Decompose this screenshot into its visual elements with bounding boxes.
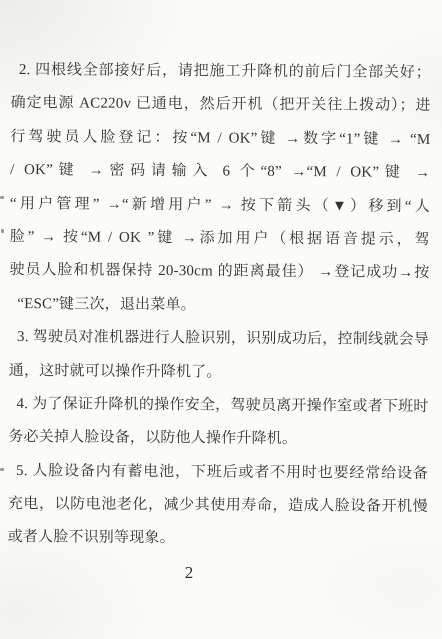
text-line: 5. 人脸设备内有蓄电池，下班后或者不用时也要经常给设备 [8,455,428,491]
text-line: 充电，以防电池老化，减少其使用寿命，造成人脸设备开机慢 [8,488,428,524]
text-line: 或者人脸不识别等现象。 [8,521,428,557]
text-line: 行驾驶员人脸登记：按“M / OK”键 →数字“1”键 → “M [10,121,430,157]
text-line: 务必关掉人脸设备，以防他人操作升降机。 [8,421,428,457]
page-number: 2 [0,558,442,588]
scan-artifact [0,468,4,471]
text-line: 通，这时就可以操作升降机了。 [9,355,429,391]
text-line: 3. 驾驶员对准机器进行人脸识别，识别成功后，控制线就会导 [9,321,429,357]
text-line: 4. 为了保证升降机的操作安全，驾驶员离开操作室或者下班时 [8,388,428,424]
text-line: 2. 四根线全部接好后，请把施工升降机的前后门全部关好； [11,54,431,90]
text-line: 脸” → 按“M / OK ”键 →添加用户（根据语音提示，驾 [10,221,430,257]
scan-artifact [0,196,4,199]
text-line: 确定电源 AC220v 已通电，然后开机（把开关往上拨动）；进 [11,87,431,123]
scan-artifact [1,229,4,233]
text-line: 驶员人脸和机器保持 20-30cm 的距离最佳） →登记成功→按 [9,254,429,290]
body-text: 2. 四根线全部接好后，请把施工升降机的前后门全部关好； 确定电源 AC220v… [8,54,431,558]
document-page: 2. 四根线全部接好后，请把施工升降机的前后门全部关好； 确定电源 AC220v… [0,0,442,639]
text-line: “ESC”键三次，退出菜单。 [9,288,429,324]
text-line: / OK”键 →密码请输入 6 个“8” →“M / OK”键 → [10,154,430,190]
text-line: “用户管理” →“新增用户” → 按下箭头（▼）移到“人 [10,188,430,224]
